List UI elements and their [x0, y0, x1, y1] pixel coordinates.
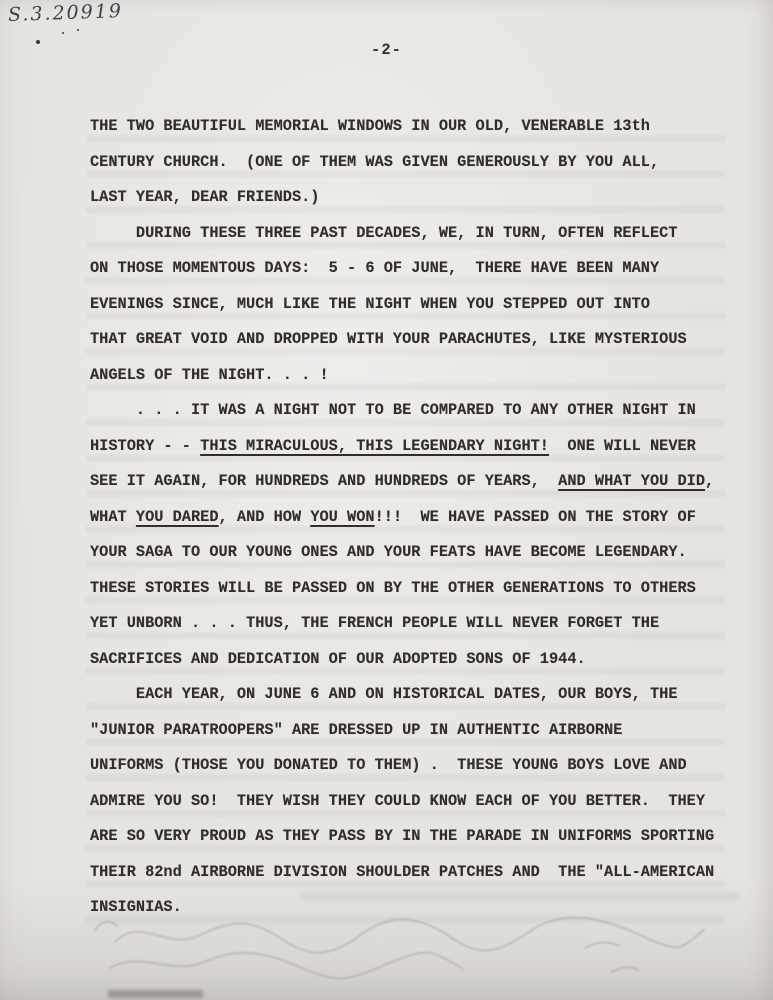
archive-annotation: S.3.20919 [8, 0, 124, 26]
text-line: CENTURY CHURCH. (ONE OF THEM WAS GIVEN G… [90, 145, 714, 181]
underlined-text: YOU WON [310, 508, 374, 526]
text-line: THEIR 82nd AIRBORNE DIVISION SHOULDER PA… [90, 855, 714, 891]
text-line: YET UNBORN . . . THUS, THE FRENCH PEOPLE… [90, 606, 714, 642]
text-line: YOUR SAGA TO OUR YOUNG ONES AND YOUR FEA… [90, 535, 714, 571]
text-line: INSIGNIAS. [90, 890, 714, 926]
text-line: LAST YEAR, DEAR FRIENDS.) [90, 180, 714, 216]
text-line: THESE STORIES WILL BE PASSED ON BY THE O… [90, 571, 714, 607]
text-line: ANGELS OF THE NIGHT. . . ! [90, 358, 714, 394]
ink-dot [62, 32, 64, 34]
text-line: . . . IT WAS A NIGHT NOT TO BE COMPARED … [90, 393, 714, 429]
ink-dot [77, 29, 79, 31]
underlined-text: THIS MIRACULOUS, THIS LEGENDARY NIGHT! [200, 437, 549, 455]
text-line: THE TWO BEAUTIFUL MEMORIAL WINDOWS IN OU… [90, 109, 714, 145]
text-line: DURING THESE THREE PAST DECADES, WE, IN … [90, 216, 714, 252]
text-line: THAT GREAT VOID AND DROPPED WITH YOUR PA… [90, 322, 714, 358]
text-line: SEE IT AGAIN, FOR HUNDREDS AND HUNDREDS … [90, 464, 714, 500]
text-line: SACRIFICES AND DEDICATION OF OUR ADOPTED… [90, 642, 714, 678]
underlined-text: AND WHAT YOU DID [558, 472, 705, 490]
underlined-text: YOU DARED [136, 508, 219, 526]
text-line: ARE SO VERY PROUD AS THEY PASS BY IN THE… [90, 819, 714, 855]
typed-text-body: THE TWO BEAUTIFUL MEMORIAL WINDOWS IN OU… [90, 109, 714, 926]
text-line: HISTORY - - THIS MIRACULOUS, THIS LEGEND… [90, 429, 714, 465]
text-line: EACH YEAR, ON JUNE 6 AND ON HISTORICAL D… [90, 677, 714, 713]
text-line: ON THOSE MOMENTOUS DAYS: 5 - 6 OF JUNE, … [90, 251, 714, 287]
text-line: EVENINGS SINCE, MUCH LIKE THE NIGHT WHEN… [90, 287, 714, 323]
text-line: "JUNIOR PARATROOPERS" ARE DRESSED UP IN … [90, 713, 714, 749]
text-line: ADMIRE YOU SO! THEY WISH THEY COULD KNOW… [90, 784, 714, 820]
scan-edge-smudge [108, 990, 203, 998]
text-line: UNIFORMS (THOSE YOU DONATED TO THEM) . T… [90, 748, 714, 784]
text-line: WHAT YOU DARED, AND HOW YOU WON!!! WE HA… [90, 500, 714, 536]
page-number: -2- [0, 41, 773, 59]
scanned-page: S.3.20919 -2- THE TWO BEAUTIFUL MEMORIAL… [0, 0, 773, 1000]
